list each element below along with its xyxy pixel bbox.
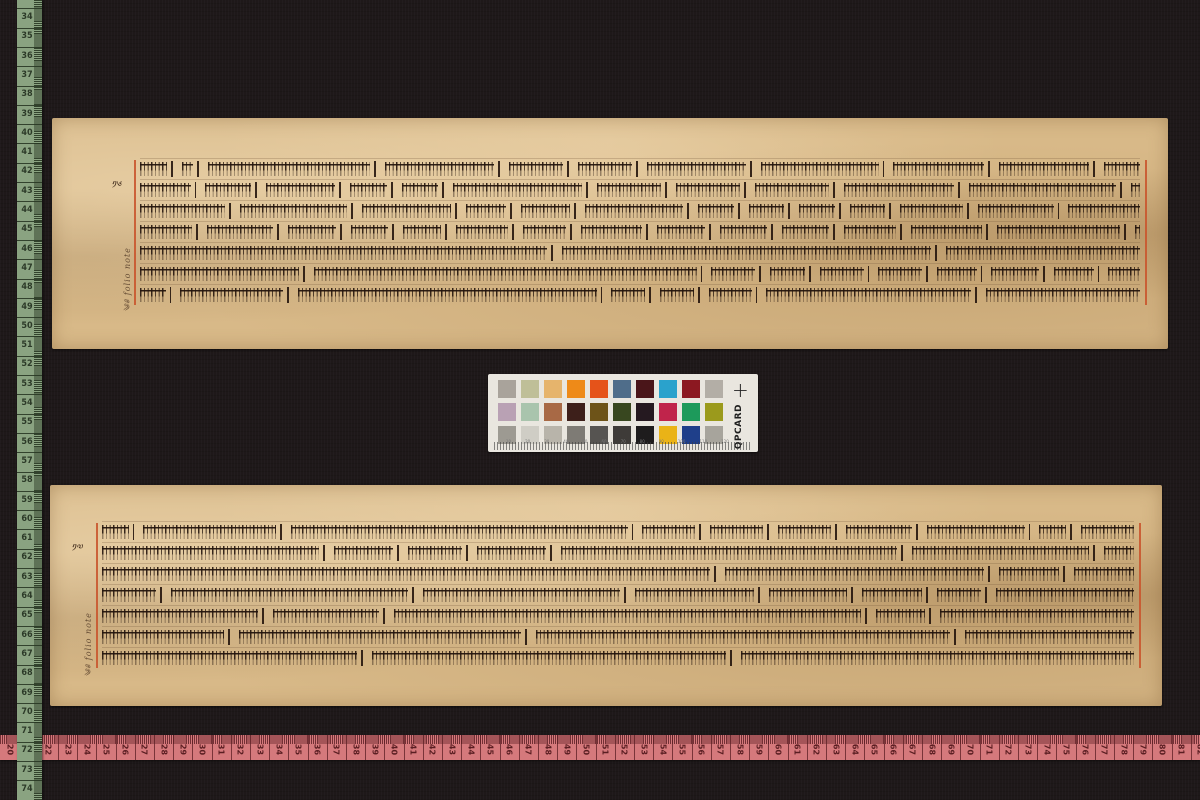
ink-phrase (711, 267, 755, 281)
tape-number: 69 (946, 743, 955, 757)
tape-major-tick (615, 735, 616, 760)
shad-punctuation (1124, 224, 1126, 240)
script-line (140, 158, 1140, 179)
ink-phrase (314, 267, 697, 281)
tape-major-tick (17, 8, 42, 9)
tape-number: 31 (217, 743, 226, 757)
shad-punctuation (665, 182, 667, 198)
script-line (140, 263, 1140, 284)
ink-phrase (456, 225, 508, 239)
ink-phrase (171, 588, 408, 602)
shad-punctuation (649, 287, 651, 303)
ink-phrase (844, 183, 954, 197)
tape-number: 43 (447, 743, 456, 757)
shad-punctuation (601, 287, 603, 303)
color-swatch (521, 380, 539, 398)
script-line (102, 542, 1134, 563)
ink-phrase (965, 630, 1134, 644)
tape-major-tick (1056, 735, 1057, 760)
tape-number: 37 (20, 70, 34, 80)
tape-number: 72 (1004, 743, 1013, 757)
ink-phrase (710, 525, 763, 539)
tape-number: 51 (20, 340, 34, 350)
tape-major-tick (17, 568, 42, 569)
ink-phrase (611, 288, 645, 302)
tape-major-tick (17, 240, 42, 241)
tape-major-tick (58, 735, 59, 760)
tape-major-tick (423, 735, 424, 760)
color-swatch (567, 403, 585, 421)
tape-number: 63 (831, 743, 840, 757)
ink-phrase (240, 204, 347, 218)
shad-punctuation (1063, 566, 1065, 582)
tape-major-tick (692, 735, 693, 760)
shad-punctuation (133, 524, 135, 540)
tape-major-tick (1018, 735, 1019, 760)
tape-number: 59 (20, 495, 34, 505)
tape-major-tick (17, 394, 42, 395)
tape-major-tick (192, 735, 193, 760)
tape-number: 71 (20, 726, 34, 736)
tape-major-tick (17, 742, 42, 743)
tape-number: 40 (390, 743, 399, 757)
shad-punctuation (988, 566, 990, 582)
tape-number: 36 (313, 743, 322, 757)
tape-major-tick (480, 735, 481, 760)
tape-number: 68 (20, 668, 34, 678)
tape-number: 82 (1196, 743, 1200, 757)
ink-phrase (521, 204, 570, 218)
shad-punctuation (397, 545, 399, 561)
ink-phrase (1039, 525, 1066, 539)
tape-number: 58 (20, 475, 34, 485)
ink-phrase (298, 288, 597, 302)
tape-number: 50 (20, 321, 34, 331)
tape-number: 22 (44, 743, 53, 757)
color-swatch (498, 380, 516, 398)
ink-phrase (1104, 162, 1140, 176)
tape-major-tick (884, 735, 885, 760)
tape-number: 38 (20, 89, 34, 99)
tape-number: 34 (274, 743, 283, 757)
tape-number: 66 (20, 630, 34, 640)
tape-number: 39 (370, 743, 379, 757)
tape-number: 42 (20, 166, 34, 176)
tape-number: 38 (351, 743, 360, 757)
tape-major-tick (17, 626, 42, 627)
ink-phrase (986, 288, 1140, 302)
tape-major-tick (327, 735, 328, 760)
ink-phrase (394, 609, 861, 623)
tape-major-tick (17, 86, 42, 87)
ink-phrase (927, 525, 1024, 539)
tape-major-tick (17, 607, 42, 608)
tape-number: 72 (20, 745, 34, 755)
shad-punctuation (916, 524, 918, 540)
tape-number: 26 (121, 743, 130, 757)
ink-phrase (1074, 567, 1134, 581)
ink-phrase (997, 225, 1120, 239)
tape-number: 30 (198, 743, 207, 757)
tape-major-tick (17, 510, 42, 511)
ink-phrase (477, 546, 546, 560)
tape-number: 24 (82, 743, 91, 757)
tape-major-tick (807, 735, 808, 760)
tape-major-tick (96, 735, 97, 760)
shad-punctuation (361, 650, 363, 666)
shad-punctuation (687, 203, 689, 219)
tape-number: 67 (908, 743, 917, 757)
shad-punctuation (510, 203, 512, 219)
shad-punctuation (986, 224, 988, 240)
tape-major-tick (17, 645, 42, 646)
ink-phrase (937, 588, 981, 602)
script-line (140, 179, 1140, 200)
ink-phrase (725, 567, 984, 581)
tape-number: 52 (620, 743, 629, 757)
tape-number: 37 (332, 743, 341, 757)
tape-number: 42 (428, 743, 437, 757)
color-swatch (544, 403, 562, 421)
tape-number: 56 (20, 437, 34, 447)
manuscript-folio-lower: ༡༧ ༄༅ folio note (50, 485, 1162, 706)
shad-punctuation (865, 608, 867, 624)
tape-major-tick (634, 735, 635, 760)
tape-major-tick (17, 529, 42, 530)
vertical-measuring-tape: 3334353637383940414243444546474849505152… (17, 0, 42, 800)
ink-phrase (911, 225, 982, 239)
tape-number: 36 (20, 51, 34, 61)
tape-number: 66 (889, 743, 898, 757)
ink-phrase (862, 588, 921, 602)
tape-number: 57 (20, 456, 34, 466)
color-swatch (659, 380, 677, 398)
color-swatch (567, 380, 585, 398)
ink-phrase (937, 267, 977, 281)
color-swatch (659, 403, 677, 421)
tape-number: 28 (159, 743, 168, 757)
tape-major-tick (442, 735, 443, 760)
shad-punctuation (738, 203, 740, 219)
shad-punctuation (1070, 524, 1072, 540)
color-swatch (682, 403, 700, 421)
script-line (102, 605, 1134, 626)
ink-phrase (182, 162, 193, 176)
tape-number: 67 (20, 649, 34, 659)
tape-number: 40 (20, 128, 34, 138)
ink-phrase (140, 246, 547, 260)
tape-major-tick (17, 28, 42, 29)
tape-number: 74 (1042, 743, 1051, 757)
shad-punctuation (988, 161, 990, 177)
tape-major-tick (17, 47, 42, 48)
tape-number: 32 (236, 743, 245, 757)
shad-punctuation (229, 203, 231, 219)
tape-major-tick (768, 735, 769, 760)
shad-punctuation (981, 266, 983, 282)
tape-number: 79 (1138, 743, 1147, 757)
ink-phrase (698, 204, 734, 218)
tape-major-tick (922, 735, 923, 760)
script-line (102, 626, 1134, 647)
ink-phrase (766, 288, 971, 302)
ink-phrase (102, 567, 710, 581)
shad-punctuation (340, 224, 342, 240)
tape-major-tick (17, 549, 42, 550)
shad-punctuation (442, 182, 444, 198)
tape-major-tick (17, 472, 42, 473)
shad-punctuation (901, 545, 903, 561)
shad-punctuation (833, 182, 835, 198)
shad-punctuation (567, 161, 569, 177)
tape-major-tick (17, 375, 42, 376)
tape-number: 48 (20, 282, 34, 292)
ink-phrase (403, 225, 441, 239)
tape-ticks (34, 0, 42, 800)
shad-punctuation (525, 629, 527, 645)
tape-number: 76 (1081, 743, 1090, 757)
tape-number: 39 (20, 109, 34, 119)
script-line (140, 200, 1140, 221)
shad-punctuation (1098, 266, 1100, 282)
shad-punctuation (287, 287, 289, 303)
shad-punctuation (646, 224, 648, 240)
ink-phrase (846, 525, 912, 539)
tape-number: 73 (20, 765, 34, 775)
ink-phrase (581, 225, 643, 239)
script-line (102, 521, 1134, 542)
side-annotation-lower: ༄༅ folio note (77, 557, 100, 677)
tape-major-tick (461, 735, 462, 760)
tape-number: 60 (20, 514, 34, 524)
shad-punctuation (636, 161, 638, 177)
tape-number: 58 (735, 743, 744, 757)
ink-phrase (741, 651, 1134, 665)
ink-phrase (1108, 267, 1140, 281)
tape-major-tick (1114, 735, 1115, 760)
tape-number: 48 (543, 743, 552, 757)
tape-major-tick (17, 201, 42, 202)
right-margin-rule (1139, 523, 1141, 668)
tape-number: 47 (524, 743, 533, 757)
ink-phrase (946, 246, 1140, 260)
shad-punctuation (374, 161, 376, 177)
ink-phrase (140, 162, 167, 176)
ink-phrase (362, 204, 451, 218)
ink-phrase (782, 225, 829, 239)
tape-major-tick (173, 735, 174, 760)
color-checker-card: + QPCARD 102030405060708090100110120 (488, 374, 758, 452)
ink-phrase (1054, 267, 1094, 281)
shad-punctuation (730, 650, 732, 666)
ink-phrase (585, 204, 683, 218)
tape-number: 63 (20, 572, 34, 582)
tape-number: 60 (774, 743, 783, 757)
shad-punctuation (975, 287, 977, 303)
ink-phrase (900, 204, 963, 218)
ink-phrase (709, 288, 752, 302)
tape-number: 34 (20, 12, 34, 22)
script-line (102, 563, 1134, 584)
shad-punctuation (714, 566, 716, 582)
tape-major-tick (1191, 735, 1192, 760)
shad-punctuation (767, 524, 769, 540)
shad-punctuation (160, 587, 162, 603)
color-swatch (682, 380, 700, 398)
shad-punctuation (771, 224, 773, 240)
tape-major-tick (17, 336, 42, 337)
tape-major-tick (308, 735, 309, 760)
tape-major-tick (17, 703, 42, 704)
tape-number: 57 (716, 743, 725, 757)
tape-number: 70 (966, 743, 975, 757)
shad-punctuation (262, 608, 264, 624)
tape-major-tick (999, 735, 1000, 760)
ink-phrase (820, 267, 864, 281)
tape-major-tick (17, 221, 42, 222)
tape-number: 77 (1100, 743, 1109, 757)
ink-phrase (334, 546, 393, 560)
tape-major-tick (903, 735, 904, 760)
script-line (140, 221, 1140, 242)
tape-major-tick (346, 735, 347, 760)
shad-punctuation (954, 629, 956, 645)
ink-phrase (288, 225, 335, 239)
tape-major-tick (17, 491, 42, 492)
ink-phrase (844, 225, 896, 239)
shad-punctuation (632, 524, 634, 540)
ink-phrase (140, 204, 225, 218)
tape-number: 49 (562, 743, 571, 757)
tape-number: 54 (658, 743, 667, 757)
ink-phrase (102, 546, 319, 560)
shad-punctuation (170, 287, 172, 303)
tape-number: 29 (178, 743, 187, 757)
ink-phrase (1131, 183, 1140, 197)
tape-major-tick (519, 735, 520, 760)
ink-phrase (372, 651, 726, 665)
tape-number: 70 (20, 707, 34, 717)
shad-punctuation (835, 524, 837, 540)
tape-major-tick (653, 735, 654, 760)
ink-phrase (239, 630, 521, 644)
ink-phrase (1068, 204, 1140, 218)
tape-major-tick (404, 735, 405, 760)
ink-phrase (273, 609, 380, 623)
text-block-upper (140, 158, 1140, 305)
tape-number: 65 (870, 743, 879, 757)
tape-number: 74 (20, 784, 34, 794)
shad-punctuation (1043, 266, 1045, 282)
tape-major-tick (672, 735, 673, 760)
shad-punctuation (455, 203, 457, 219)
shad-punctuation (701, 266, 703, 282)
shad-punctuation (699, 524, 701, 540)
tape-number: 64 (850, 743, 859, 757)
ink-phrase (912, 546, 1090, 560)
shad-punctuation (551, 245, 553, 261)
ink-phrase (536, 630, 950, 644)
tape-number: 45 (20, 224, 34, 234)
tape-major-tick (17, 761, 42, 762)
ink-phrase (102, 651, 357, 665)
right-margin-rule (1145, 160, 1147, 305)
ink-phrase (761, 162, 879, 176)
script-line (102, 584, 1134, 605)
tape-major-tick (730, 735, 731, 760)
ink-phrase (769, 588, 848, 602)
ink-phrase (1081, 525, 1134, 539)
ink-phrase (778, 525, 831, 539)
tape-major-tick (17, 279, 42, 280)
shad-punctuation (756, 287, 758, 303)
tape-major-tick (231, 735, 232, 760)
tape-major-tick (17, 452, 42, 453)
shad-punctuation (197, 161, 199, 177)
tape-number: 80 (1158, 743, 1167, 757)
tape-major-tick (17, 722, 42, 723)
ink-phrase (208, 162, 371, 176)
ink-phrase (597, 183, 661, 197)
tape-major-tick (135, 735, 136, 760)
tape-number: 35 (20, 31, 34, 41)
ink-phrase (755, 183, 829, 197)
ink-phrase (657, 225, 704, 239)
tape-number: 53 (20, 379, 34, 389)
ink-phrase (102, 525, 129, 539)
color-swatch (590, 403, 608, 421)
shad-punctuation (1093, 545, 1095, 561)
ink-phrase (978, 204, 1054, 218)
tape-number: 33 (255, 743, 264, 757)
tape-major-tick (116, 735, 117, 760)
ink-phrase (180, 288, 283, 302)
tape-major-tick (212, 735, 213, 760)
shad-punctuation (339, 182, 341, 198)
tape-major-tick (17, 143, 42, 144)
shad-punctuation (171, 161, 173, 177)
shad-punctuation (624, 587, 626, 603)
color-swatch (590, 380, 608, 398)
tape-major-tick (17, 780, 42, 781)
script-line (140, 242, 1140, 263)
shad-punctuation (889, 203, 891, 219)
script-line (102, 647, 1134, 668)
shad-punctuation (709, 224, 711, 240)
tape-major-tick (576, 735, 577, 760)
tape-number: 55 (20, 417, 34, 427)
shad-punctuation (412, 587, 414, 603)
tape-major-tick (17, 356, 42, 357)
tape-number: 33 (20, 0, 34, 3)
shad-punctuation (935, 245, 937, 261)
tape-number: 62 (20, 552, 34, 562)
shad-punctuation (512, 224, 514, 240)
ink-phrase (408, 546, 462, 560)
tape-major-tick (17, 124, 42, 125)
shad-punctuation (586, 182, 588, 198)
shad-punctuation (1029, 524, 1031, 540)
tape-major-tick (17, 182, 42, 183)
shad-punctuation (758, 587, 760, 603)
tape-number: 43 (20, 186, 34, 196)
tape-major-tick (596, 735, 597, 760)
shad-punctuation (985, 587, 987, 603)
shad-punctuation (255, 182, 257, 198)
ink-phrase (140, 267, 299, 281)
ink-phrase (205, 183, 251, 197)
tape-number: 64 (20, 591, 34, 601)
